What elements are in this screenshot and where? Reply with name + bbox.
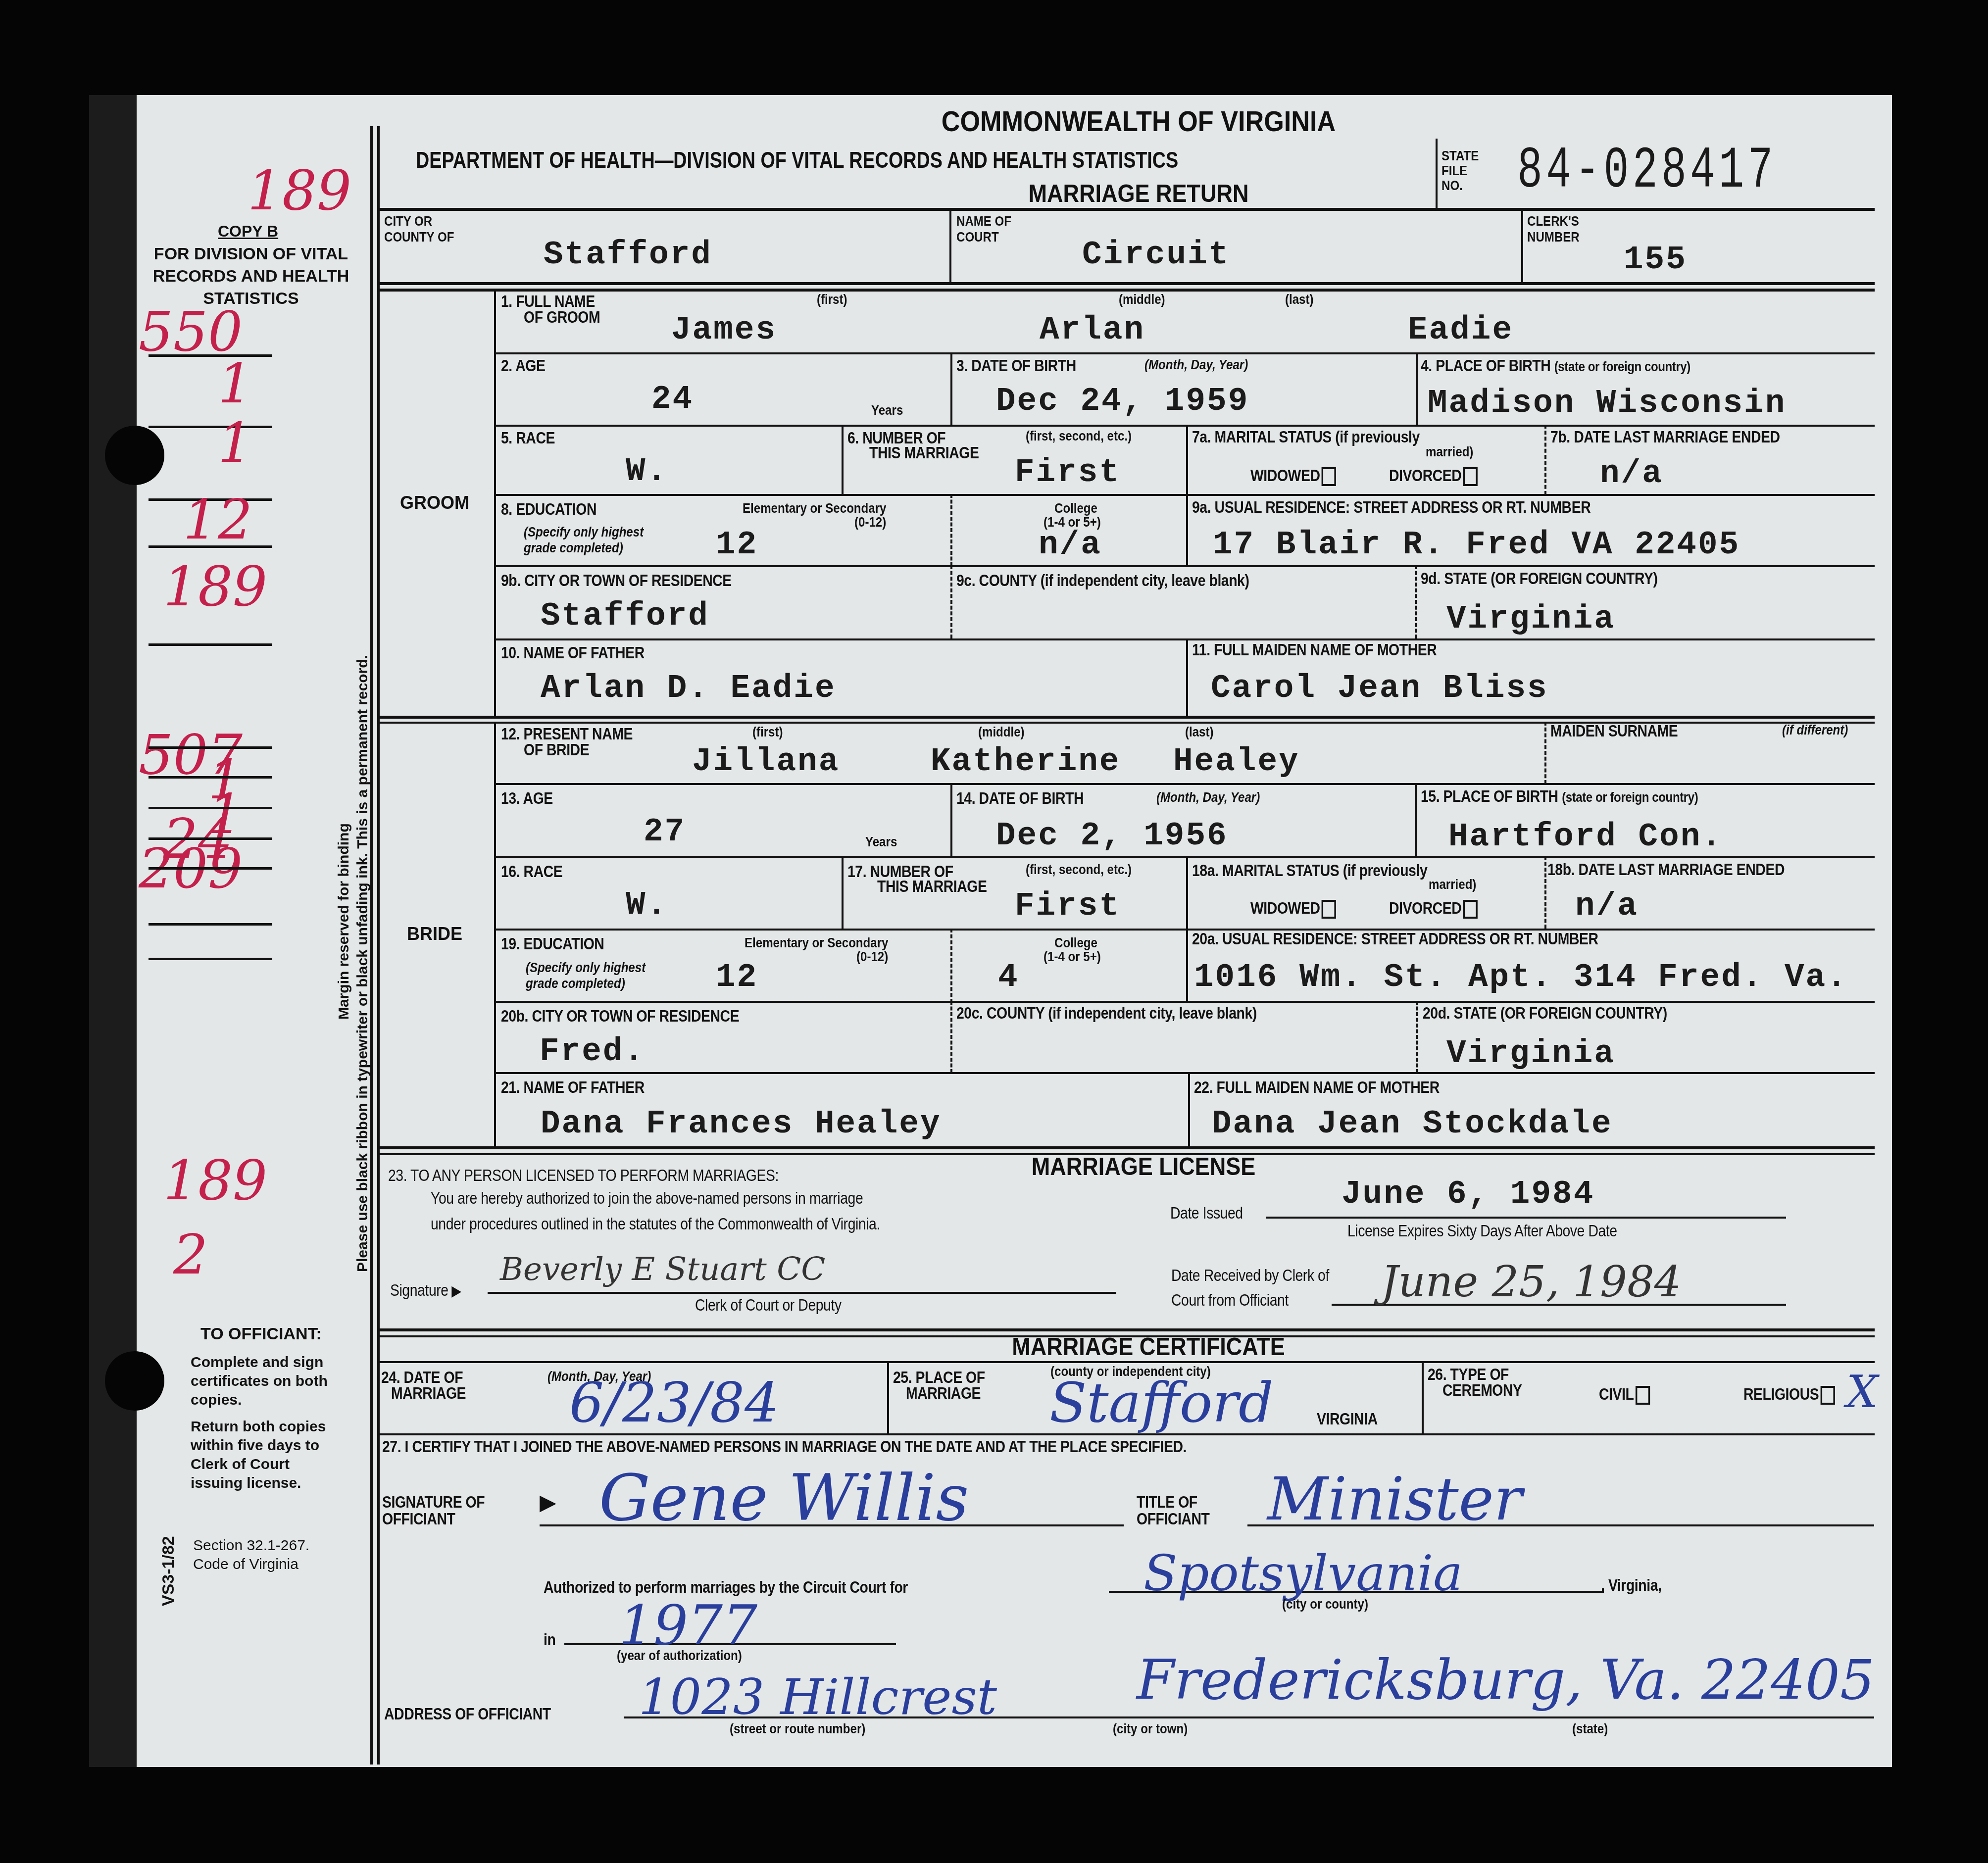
binding-note-2: Please use black ribbon in typewriter or… (355, 655, 370, 1272)
rule (380, 208, 1875, 211)
address-label: ADDRESS OF OFFICIANT (384, 1706, 551, 1722)
authorized-text: Authorized to perform marriages by the C… (544, 1579, 908, 1596)
rule (380, 1361, 1875, 1363)
first-hint: (first) (817, 292, 847, 307)
rule-dash (950, 1001, 952, 1073)
rule-dash (950, 494, 952, 566)
rule (495, 425, 1875, 427)
groom-num-hint: (first, second, etc.) (1026, 429, 1132, 443)
last-hint: (last) (1185, 725, 1214, 739)
rule-dash (1544, 856, 1546, 929)
officiant-title: Minister (1267, 1465, 1522, 1534)
groom-divorced-checkbox[interactable]: DIVORCED (1389, 467, 1478, 486)
bride-state-label: 20d. STATE (OR FOREIGN COUNTRY) (1423, 1005, 1667, 1022)
date-received: June 25, 1984 (1381, 1257, 1681, 1307)
religious-checkbox[interactable]: RELIGIOUS (1743, 1386, 1835, 1405)
clerk-signature: Beverly E Stuart CC (500, 1251, 825, 1288)
rule (495, 565, 1875, 567)
bride-edu-label: 19. EDUCATION (501, 935, 604, 952)
groom-marital-label-2: married) (1426, 444, 1473, 459)
officiant-instr-2a: Return both copies (191, 1420, 326, 1434)
groom-last-ended-label: 7b. DATE LAST MARRIAGE ENDED (1550, 429, 1780, 445)
rule-v (1416, 352, 1418, 426)
license-text-2: under procedures outlined in the statute… (431, 1216, 880, 1232)
in-label: in (544, 1631, 555, 1648)
groom-age-label: 2. AGE (501, 357, 545, 374)
bride-maiden-hint: (if different) (1782, 723, 1848, 737)
form-border-left-outer (370, 126, 373, 1765)
page-title: COMMONWEALTH OF VIRGINIA (827, 105, 1450, 138)
groom-marital-label: 7a. MARITAL STATUS (if previously (1192, 429, 1420, 445)
officiant-instr-1c: copies. (191, 1393, 242, 1408)
rule-v (1422, 1361, 1424, 1434)
bride-race-label: 16. RACE (501, 863, 562, 880)
city-label-2: COUNTY OF (384, 230, 454, 245)
rule (380, 1146, 1875, 1149)
groom-elem-label-1: Elementary or Secondary (743, 501, 886, 516)
rule-v (1186, 638, 1188, 717)
years-label: Years (871, 403, 903, 418)
officiant-title-label-2: OFFICIANT (1137, 1511, 1209, 1527)
groom-res: 17 Blair R. Fred VA 22405 (1213, 528, 1740, 562)
groom-num: First (1015, 455, 1120, 490)
bride-state: Virginia (1446, 1036, 1615, 1071)
rule (380, 1433, 1875, 1435)
binding-note-1: Margin reserved for binding (337, 823, 351, 1020)
bride-num-hint: (first, second, etc.) (1026, 862, 1132, 877)
city-county-hint: (city or county) (1282, 1597, 1368, 1612)
rule (495, 1001, 1875, 1003)
bride-father-label: 21. NAME OF FATHER (501, 1079, 645, 1096)
received-label-1: Date Received by Clerk of (1171, 1267, 1329, 1284)
clerk-label-1: CLERK'S (1527, 214, 1579, 229)
groom-mother-label: 11. FULL MAIDEN NAME OF MOTHER (1192, 641, 1437, 658)
tally-line (149, 643, 272, 646)
bride-age-label: 13. AGE (501, 790, 553, 807)
groom-last-ended: n/a (1600, 456, 1663, 491)
punch-hole-bottom (105, 1351, 164, 1411)
groom-dob-hint: (Month, Day, Year) (1144, 357, 1248, 372)
ceremony-type-label-1: 26. TYPE OF (1428, 1366, 1509, 1383)
license-signature-label: Signature ▶ (390, 1282, 461, 1300)
rule-v (950, 352, 952, 426)
rule (495, 1072, 1875, 1074)
city-town-hint: (city or town) (1113, 1721, 1188, 1736)
bride-name-label-1: 12. PRESENT NAME (501, 726, 633, 742)
license-signature-caption: Clerk of Court or Deputy (695, 1297, 842, 1314)
rule-dash (1416, 1001, 1418, 1073)
street-hint: (street or route number) (730, 1721, 865, 1736)
checkbox-icon[interactable] (1636, 1386, 1650, 1405)
groom-state-label: 9d. STATE (OR FOREIGN COUNTRY) (1421, 570, 1657, 587)
rule-v (1186, 856, 1188, 929)
marriage-place-label-1: 25. PLACE OF (893, 1369, 985, 1386)
tally-line (149, 354, 272, 357)
religious-check-mark: X (1846, 1366, 1878, 1418)
bride-mother: Dana Jean Stockdale (1212, 1107, 1613, 1141)
arrow-right-icon: ▶ (448, 1283, 461, 1299)
red-code: 550 (139, 304, 243, 359)
bride-edu-hint-2: grade completed) (526, 976, 625, 991)
bride-marital-label: 18a. MARITAL STATUS (if previously (1192, 862, 1427, 879)
tally-line (149, 545, 272, 548)
license-expires-note: License Expires Sixty Days After Above D… (1347, 1223, 1617, 1239)
bride-middle-name: Katherine (931, 744, 1120, 779)
city-value: Stafford (544, 238, 712, 272)
rule-dash (1415, 565, 1417, 638)
rule-dash (950, 565, 952, 638)
red-code: 189 (163, 1153, 267, 1208)
date-issued-label: Date Issued (1170, 1205, 1243, 1222)
marriage-date: 6/23/84 (569, 1371, 779, 1434)
rule (380, 282, 1875, 285)
bride-widowed-checkbox[interactable]: WIDOWED (1250, 900, 1336, 919)
bride-edu-hint-1: (Specify only highest (526, 960, 646, 975)
checkbox-icon[interactable] (1463, 467, 1478, 486)
groom-mother: Carol Jean Bliss (1211, 671, 1548, 706)
groom-name-label-2: OF GROOM (524, 309, 600, 326)
bride-last-ended-label: 18b. DATE LAST MARRIAGE ENDED (1547, 861, 1785, 878)
officiant-instr-1a: Complete and sign (191, 1355, 323, 1370)
last-hint: (last) (1285, 292, 1314, 307)
groom-section-label: GROOM (400, 492, 469, 513)
rule-v (842, 425, 844, 495)
rule-dash (1544, 425, 1546, 495)
bride-county-label: 20c. COUNTY (if independent city, leave … (956, 1005, 1257, 1022)
form-code: VS3-1/82 (161, 1536, 176, 1606)
groom-name-label-1: 1. FULL NAME (501, 293, 595, 310)
groom-county-label: 9c. COUNTY (if independent city, leave b… (956, 572, 1249, 589)
bride-father: Dana Frances Healey (541, 1107, 942, 1141)
section-divider (494, 722, 496, 1148)
groom-widowed-checkbox[interactable]: WIDOWED (1250, 467, 1336, 486)
officiant-street: 1023 Hillcrest (639, 1668, 997, 1726)
rule (495, 856, 1875, 858)
red-code-top: 189 (248, 163, 351, 218)
officiant-heading: TO OFFICIANT: (200, 1326, 322, 1341)
rule (495, 494, 1875, 496)
authorized-county: Spotsylvania (1143, 1544, 1463, 1602)
groom-edu-hint-2: grade completed) (524, 540, 623, 555)
rule-v (842, 856, 844, 929)
bride-first-name: Jillana (692, 744, 840, 779)
bride-num-label-2: THIS MARRIAGE (877, 878, 987, 895)
rule-v (949, 208, 951, 282)
groom-elem: 12 (716, 528, 758, 562)
state-file-divider (1436, 139, 1438, 208)
state-file-label-3: NO. (1441, 178, 1463, 193)
clerk-label-2: NUMBER (1527, 230, 1580, 245)
rule-v (1521, 208, 1523, 282)
signature-line (488, 1292, 1116, 1294)
city-label-1: CITY OR (384, 214, 432, 229)
bride-elem-label-1: Elementary or Secondary (745, 935, 888, 950)
marriage-date-label-1: 24. DATE OF (381, 1369, 463, 1386)
punch-hole-top (105, 426, 164, 485)
tally-line (149, 426, 272, 428)
groom-num-label-2: THIS MARRIAGE (869, 444, 979, 461)
rule-v (950, 783, 952, 857)
binding-strip (89, 95, 137, 1767)
tally-line (149, 923, 272, 926)
officiant-title-label-1: TITLE OF (1137, 1494, 1197, 1511)
rule-v (1186, 929, 1188, 1003)
form-border-left-inner (377, 126, 380, 1765)
first-hint: (first) (752, 725, 783, 739)
rule (495, 352, 1875, 354)
groom-res-label: 9a. USUAL RESIDENCE: STREET ADDRESS OR R… (1192, 499, 1590, 516)
tally-line (149, 867, 272, 870)
bride-dob-label: 14. DATE OF BIRTH (956, 790, 1084, 807)
state-hint: (state) (1572, 1721, 1608, 1736)
groom-pob-label: 4. PLACE OF BIRTH (state or foreign coun… (1421, 357, 1690, 375)
year-hint: (year of authorization) (617, 1648, 742, 1663)
bride-section-label: BRIDE (407, 924, 462, 944)
groom-dob-label: 3. DATE OF BIRTH (956, 357, 1076, 374)
checkbox-icon[interactable] (1322, 900, 1336, 919)
bride-college: 4 (998, 960, 1019, 995)
bride-name-label-2: OF BRIDE (524, 741, 589, 758)
officiant-sig-label-2: OFFICIANT (382, 1511, 455, 1527)
red-code: 189 (163, 559, 267, 614)
groom-city-label: 9b. CITY OR TOWN OF RESIDENCE (501, 572, 732, 589)
arrow-right-icon: ▶ (540, 1490, 556, 1515)
rule (495, 783, 1875, 785)
checkbox-icon[interactable] (1821, 1386, 1835, 1405)
tally-line (149, 958, 272, 960)
form-title: MARRIAGE RETURN (960, 179, 1317, 208)
bride-city: Fred. (540, 1034, 645, 1069)
bride-dob: Dec 2, 1956 (996, 819, 1228, 853)
bride-res: 1016 Wm. St. Apt. 314 Fred. Va. (1194, 960, 1848, 995)
authorized-suffix: , Virginia, (1601, 1577, 1661, 1594)
code-section-2: Code of Virginia (193, 1557, 298, 1572)
groom-father: Arlan D. Eadie (541, 671, 836, 706)
officiant-instr-2d: issuing license. (191, 1476, 301, 1491)
bride-marital-label-2: married) (1429, 877, 1476, 892)
officiant-signature: Gene Willis (599, 1460, 969, 1535)
bride-dob-hint: (Month, Day, Year) (1156, 790, 1260, 805)
date-issued: June 6, 1984 (1342, 1177, 1594, 1212)
red-code: 12 (183, 492, 252, 547)
officiant-city: Fredericksburg, Va. 22405 (1137, 1648, 1875, 1712)
rule-v (1415, 783, 1417, 857)
red-code: 1 (218, 416, 252, 470)
groom-edu-hint-1: (Specify only highest (524, 525, 644, 539)
officiant-instr-2c: Clerk of Court (191, 1457, 290, 1472)
bride-last-name: Healey (1173, 744, 1300, 779)
middle-hint: (middle) (978, 725, 1025, 739)
groom-middle-name: Arlan (1040, 313, 1145, 347)
rule (495, 929, 1875, 931)
groom-race: W. (626, 454, 668, 489)
bride-pob-label: 15. PLACE OF BIRTH (state or foreign cou… (1421, 788, 1698, 806)
certificate-heading: MARRIAGE CERTIFICATE (926, 1332, 1371, 1361)
rule-v (1186, 425, 1188, 495)
copy-desc-2: RECORDS AND HEALTH (135, 269, 367, 284)
state-file-number: 84-028417 (1517, 139, 1777, 204)
rule-v (1186, 494, 1188, 566)
groom-city: Stafford (541, 599, 709, 634)
bride-num: First (1015, 889, 1120, 924)
rule (380, 716, 1875, 719)
bride-race: W. (626, 888, 668, 923)
date-issued-line (1266, 1217, 1786, 1219)
clerk-value: 155 (1624, 243, 1687, 277)
groom-first-name: James (671, 313, 777, 347)
civil-checkbox[interactable]: CIVIL (1599, 1386, 1650, 1405)
groom-edu-label: 8. EDUCATION (501, 501, 596, 518)
court-label-2: COURT (956, 230, 999, 245)
marriage-place-label-2: MARRIAGE (906, 1385, 981, 1402)
bride-pob: Hartford Con. (1448, 820, 1723, 854)
marriage-date-label-2: MARRIAGE (391, 1385, 466, 1402)
bride-college-label-1: College (1054, 935, 1097, 950)
court-value: Circuit (1082, 238, 1230, 272)
license-item-label: 23. TO ANY PERSON LICENSED TO PERFORM MA… (388, 1167, 779, 1184)
years-label: Years (865, 834, 897, 849)
copy-desc-1: FOR DIVISION OF VITAL (135, 246, 367, 261)
marriage-place: Stafford (1049, 1371, 1273, 1434)
department-title: DEPARTMENT OF HEALTH—DIVISION OF VITAL R… (416, 147, 1178, 173)
checkbox-icon[interactable] (1322, 467, 1336, 486)
state-file-label-2: FILE (1441, 163, 1467, 178)
checkbox-icon[interactable] (1463, 900, 1478, 919)
groom-elem-label-2: (0-12) (854, 515, 886, 530)
marriage-place-state: VIRGINIA (1317, 1411, 1378, 1427)
groom-college-label-1: College (1054, 501, 1097, 516)
middle-hint: (middle) (1119, 292, 1165, 307)
bride-divorced-checkbox[interactable]: DIVORCED (1389, 900, 1478, 919)
groom-race-label: 5. RACE (501, 430, 555, 446)
copy-label: COPY B (218, 224, 278, 239)
red-code: 2 (173, 1227, 208, 1282)
received-label-2: Court from Officiant (1171, 1292, 1289, 1309)
red-code: 1 (218, 356, 252, 411)
rule-dash (1544, 722, 1546, 784)
bride-last-ended: n/a (1575, 889, 1639, 924)
bride-res-label: 20a. USUAL RESIDENCE: STREET ADDRESS OR … (1192, 931, 1598, 947)
bride-elem-label-2: (0-12) (856, 949, 888, 964)
groom-last-name: Eadie (1408, 313, 1513, 347)
bride-mother-label: 22. FULL MAIDEN NAME OF MOTHER (1194, 1079, 1440, 1096)
groom-pob: Madison Wisconsin (1428, 386, 1786, 421)
ceremony-type-label-2: CEREMONY (1442, 1382, 1522, 1399)
rule-v (887, 1361, 889, 1434)
court-label-1: NAME OF (956, 214, 1011, 229)
groom-father-label: 10. NAME OF FATHER (501, 644, 645, 661)
bride-city-label: 20b. CITY OR TOWN OF RESIDENCE (501, 1008, 739, 1025)
officiant-instr-1b: certificates on both (191, 1374, 328, 1389)
code-section-1: Section 32.1-267. (193, 1538, 309, 1553)
license-text-1: You are hereby authorized to join the ab… (431, 1190, 863, 1207)
certify-statement: 27. I CERTIFY THAT I JOINED THE ABOVE-NA… (382, 1438, 1187, 1455)
bride-elem: 12 (716, 960, 758, 995)
rule (495, 638, 1875, 640)
bride-age: 27 (644, 815, 686, 849)
license-heading: MARRIAGE LICENSE (943, 1152, 1344, 1181)
groom-college: n/a (1039, 528, 1102, 562)
rule-v (1188, 1072, 1190, 1147)
officiant-sig-label-1: SIGNATURE OF (382, 1494, 485, 1511)
bride-maiden-label: MAIDEN SURNAME (1550, 723, 1678, 739)
groom-dob: Dec 24, 1959 (996, 384, 1249, 419)
tally-line (149, 776, 272, 779)
rule-dash (950, 929, 952, 1003)
state-file-label-1: STATE (1441, 148, 1479, 163)
bride-college-label-2: (1-4 or 5+) (1044, 949, 1101, 964)
officiant-instr-2b: within five days to (191, 1438, 319, 1453)
groom-state: Virginia (1446, 602, 1615, 637)
rule (380, 1328, 1875, 1331)
groom-age: 24 (651, 382, 694, 417)
